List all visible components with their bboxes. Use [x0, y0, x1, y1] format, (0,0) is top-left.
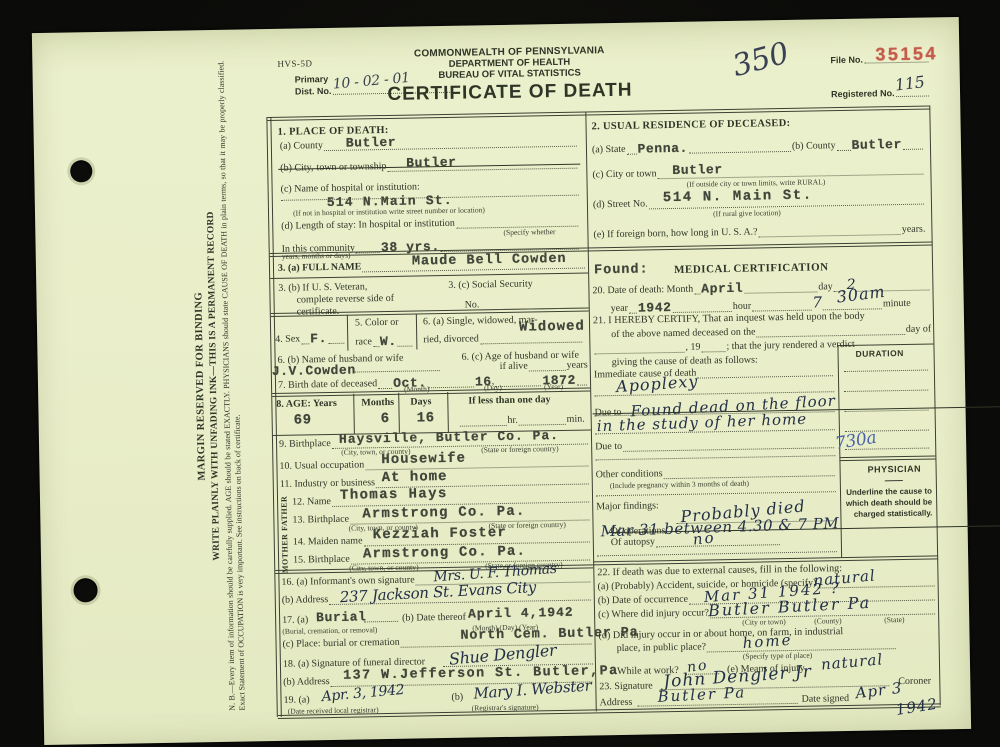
s3c-line1: 3. (c) Social Security — [448, 278, 533, 291]
due2-label: Due to — [595, 441, 622, 453]
s5-dots2 — [398, 337, 413, 346]
med-20-hour-value: 7 — [812, 293, 822, 311]
header-divider — [267, 105, 930, 121]
s7-label: 7. Birth date of deceased — [278, 378, 377, 392]
s1e-dots2 — [441, 240, 579, 251]
header-title-block: COMMONWEALTH OF PENNSYLVANIA DEPARTMENT … — [369, 44, 650, 106]
s2-heading: 2. USUAL RESIDENCE OF DECEASED: — [591, 118, 790, 134]
s7-hint-month: (Month) — [404, 384, 429, 394]
s6c-label-line2: if alive — [500, 361, 528, 373]
physician-note: Underline the cause to which death shoul… — [842, 486, 933, 521]
med-21-line2b: day of — [906, 323, 931, 335]
s11-value: At home — [382, 469, 448, 486]
s1a-label: (a) County — [280, 140, 323, 153]
autopsy-value: no — [692, 528, 716, 548]
s3b-line3: certificate. — [297, 306, 340, 319]
s2b-label: (b) County — [792, 140, 836, 153]
s3c-no-dots — [480, 299, 581, 310]
med-21-line3a: , 19 — [685, 342, 700, 354]
med-20-day-label: day — [818, 281, 833, 293]
s17a-hint: (Burial, cremation, or removal) — [282, 625, 377, 636]
s8-less-label: If less than one day — [468, 394, 550, 407]
autopsy-label: Of autopsy — [611, 536, 655, 549]
s2a-value: Penna. — [637, 141, 688, 157]
s22e-means-value: natural — [820, 650, 884, 673]
autopsy-dots — [656, 536, 780, 547]
s3c-no-row: No. — [465, 298, 583, 312]
cause-dotline5 — [596, 491, 836, 496]
s2e-row: (e) If foreign born, how long in U. S. A… — [593, 224, 925, 242]
duration-label: DURATION — [855, 348, 903, 359]
s7-dots2 — [428, 378, 474, 388]
s8-days-value: 16 — [417, 410, 435, 426]
s19b-hint: (Registrar's signature) — [472, 702, 539, 712]
physician-dash — [885, 480, 903, 482]
registered-number-label: Registered No. — [831, 88, 895, 100]
s23-date-value2: 1942 — [895, 695, 939, 719]
s2ab-row: (a) State Penna. (b) County Butler — [592, 136, 924, 157]
s2e-dots — [759, 226, 901, 237]
s8-years-value: 69 — [294, 412, 312, 428]
s1c-hint: (If not in hospital or institution write… — [293, 205, 485, 217]
s4-label: 4. Sex — [275, 334, 300, 346]
s2d-value: 514 N. Main St. — [663, 188, 813, 207]
s2a-label: (a) State — [592, 144, 626, 157]
s2e-suffix: years. — [902, 224, 926, 236]
father-rotated-label: FATHER — [279, 491, 289, 535]
s15-value: Armstrong Co. Pa. — [363, 544, 526, 563]
s14-value: Kezziah Foster — [373, 525, 508, 543]
s4-dots2 — [328, 334, 344, 343]
file-number-stamp: 35154 — [875, 43, 938, 65]
primary-label: Primary — [295, 74, 329, 85]
s12-label: 12. Name — [292, 496, 331, 509]
s17a-value: Burial — [316, 609, 367, 625]
other-conditions-dots — [664, 467, 835, 479]
due2-dots — [623, 439, 834, 452]
s2a-dots2 — [689, 142, 791, 153]
s6a-value: Widowed — [519, 319, 585, 336]
color-marital-divider — [416, 313, 418, 349]
s6b-dots — [354, 370, 440, 373]
physician-label: PHYSICIAN — [868, 464, 922, 476]
med-20-minute-label: minute — [883, 298, 911, 310]
s1b-struck-label: town or township — [316, 161, 386, 174]
s22d-hint: (Specify type of place) — [743, 651, 813, 661]
certificate-title: CERTIFICATE OF DEATH — [370, 79, 650, 106]
death-certificate-card: MARGIN RESERVED FOR BINDING WRITE PLAINL… — [32, 17, 971, 745]
s1d-dots — [456, 217, 579, 228]
sex-color-divider — [347, 315, 349, 351]
s5-value: W. — [380, 334, 397, 349]
duration-dot2 — [844, 390, 928, 392]
s7-dots3 — [495, 377, 541, 387]
s6c-dots — [529, 361, 566, 371]
s4-row: 4. Sex F. — [275, 330, 345, 346]
punch-hole-top — [70, 160, 92, 182]
s8-hrmin-row: hr. min. — [459, 414, 585, 428]
age-div1 — [353, 394, 355, 434]
s7-hint-day: (Day) — [484, 383, 502, 392]
med-20-dots6 — [673, 302, 732, 312]
s4-value: F. — [310, 331, 327, 346]
s23-date-value1: Apr 3 — [855, 679, 904, 703]
s2b-dots1 — [836, 141, 850, 150]
s2e-label: (e) If foreign born, how long in U. S. A… — [593, 227, 757, 242]
s19a-hint: (Date received local registrar) — [288, 705, 379, 716]
s10-label: 10. Usual occupation — [279, 459, 364, 472]
due2-row: Due to — [595, 437, 835, 453]
s16b-label: (b) Address — [282, 594, 329, 607]
s8-label: 8. AGE: Years — [276, 398, 337, 411]
duration-dot1 — [844, 370, 928, 372]
s22d-line2-label: place, in public place? — [617, 641, 707, 655]
med-20-dots1 — [694, 285, 700, 294]
s17c-label: (c) Place: burial or cremation — [282, 637, 399, 651]
physician-initials-scribble: 730a — [834, 428, 878, 454]
s8-days-label: Days — [410, 396, 431, 408]
s7-hint-year: (Year) — [544, 382, 563, 391]
s10-value: Housewife — [381, 451, 466, 468]
s3c-no-label: No. — [465, 299, 480, 311]
s17a-label: 17. (a) — [282, 614, 308, 626]
s22d-value: home — [742, 631, 793, 652]
cause-dotline4 — [595, 455, 835, 460]
major-findings-label: Major findings: — [596, 500, 659, 513]
med-found: Found: — [594, 262, 649, 278]
s1d-label: (d) Length of stay: In hospital or insti… — [281, 218, 455, 233]
s5-dots1 — [373, 338, 379, 347]
med-20-dots5 — [629, 304, 637, 313]
med-20-dots7 — [752, 301, 811, 311]
s15-hint1: (City, town, or county) — [349, 562, 418, 572]
s8-months-value: 6 — [381, 411, 390, 427]
s13-value: Armstrong Co. Pa. — [362, 504, 525, 523]
s2b-value: Butler — [851, 137, 902, 153]
s2c-label: (c) City or town — [592, 168, 656, 181]
s22c-hint1: (City or town) — [742, 617, 786, 627]
s19b-label: (b) — [451, 692, 463, 704]
med-20-hour-label: hour — [733, 301, 752, 313]
s22c-label: (c) Where did injury occur? — [598, 607, 709, 621]
mother-rotated-label: MOTHER — [280, 531, 290, 575]
s1e-value: 38 yrs. — [381, 239, 440, 255]
file-number-script: 350 — [729, 36, 793, 84]
s8-min-label: min. — [567, 414, 585, 426]
s1e-dots1 — [356, 244, 380, 253]
s19-num: 19. (a) — [283, 694, 309, 706]
s22b-label: (b) Date of occurrence — [598, 594, 688, 608]
s18b-label: (b) Address — [283, 676, 330, 689]
s6c-suffix: years — [567, 359, 588, 371]
s5-label-line2: race — [355, 336, 372, 348]
s2c-value: Butler — [672, 162, 723, 178]
immediate-cause-dots — [697, 367, 833, 378]
s23-address-label: Address — [600, 697, 633, 710]
s12-value: Thomas Hays — [340, 486, 448, 504]
med-21-line2a: of the above named deceased on the — [611, 327, 756, 342]
med-20-dots2 — [744, 283, 817, 293]
s2a-dots1 — [626, 145, 636, 154]
s1b-value: Butler — [406, 155, 457, 171]
s13-label: 13. Birthplace — [292, 514, 349, 527]
form-number: HVS-5D — [277, 58, 312, 69]
s7-dots4 — [577, 376, 587, 385]
s2b-dots2 — [903, 140, 923, 149]
s17b-value: April 4,1942 — [468, 605, 574, 622]
punch-hole-bottom — [73, 578, 97, 602]
physician-box-top — [839, 455, 935, 461]
s1e-hint: years, months or days) — [282, 251, 351, 261]
s1a-value: Butler — [346, 135, 397, 151]
s3b-line2: complete reverse side of — [296, 293, 394, 307]
s9-hint2: (State or foreign country) — [481, 444, 559, 454]
s17b-label: (b) Date thereof — [402, 612, 466, 625]
s3a-label: 3. (a) FULL NAME — [278, 261, 362, 274]
binding-margin-text: MARGIN RESERVED FOR BINDING WRITE PLAINL… — [188, 60, 271, 711]
med-20-year-label: year — [611, 303, 628, 315]
s8-months-label: Months — [361, 397, 394, 410]
s23-address-value: Butler Pa — [657, 683, 747, 706]
med-21-dots3 — [701, 343, 725, 352]
district-number-label: Dist. No. — [295, 86, 332, 97]
s23-label: 23. Signature — [599, 680, 653, 693]
s22c-hint2: (County) — [814, 616, 842, 626]
s5-row: race W. — [355, 333, 413, 349]
s7-dots1 — [378, 379, 392, 388]
med-21-dots2 — [594, 343, 684, 354]
s5-label-line1: 5. Color or — [355, 317, 399, 330]
s15-label: 15. Birthplace — [293, 554, 350, 567]
s14-label: 14. Maiden name — [293, 535, 363, 548]
s2d-hint: (If rural give location) — [713, 208, 781, 218]
med-heading: MEDICAL CERTIFICATION — [674, 261, 829, 277]
s6a-label-line2: ried, divorced — [423, 333, 479, 346]
s3a-value: Maude Bell Cowden — [412, 252, 567, 270]
file-number-label: File No. — [830, 55, 863, 66]
s2d-label: (d) Street No. — [593, 198, 648, 211]
s22c-hint3: (State) — [884, 615, 904, 624]
med-21-line3b: ; that the jury rendered a verdict — [726, 339, 854, 353]
s17a-dots — [364, 621, 398, 623]
s8-min-dots — [519, 415, 566, 425]
registered-number-value: 115 — [894, 72, 926, 94]
age-div3 — [447, 392, 449, 432]
s23-date-label: Date signed — [802, 693, 850, 706]
age-div2 — [398, 393, 400, 433]
s8-hr-dots — [460, 416, 507, 426]
scanner-background: MARGIN RESERVED FOR BINDING WRITE PLAINL… — [0, 0, 1000, 747]
med-21-dots1 — [757, 325, 905, 337]
other-conditions-hint: (Include pregnancy within 3 months of de… — [610, 479, 749, 491]
s23-title: Coroner — [898, 676, 931, 689]
s9-label: 9. Birthplace — [279, 438, 331, 451]
s8-hr-label: hr. — [507, 415, 517, 427]
cause-dotline6 — [597, 551, 837, 556]
s4-dots1 — [301, 335, 309, 344]
